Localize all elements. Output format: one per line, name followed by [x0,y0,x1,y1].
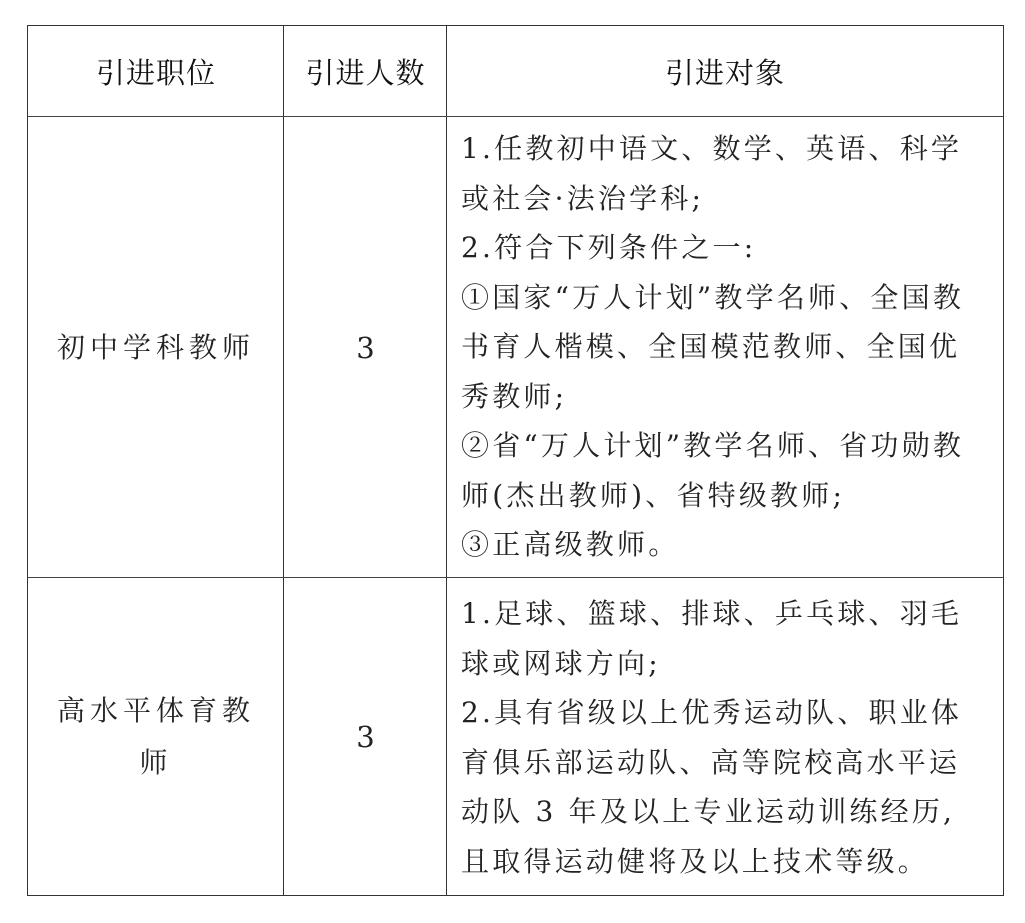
position-text: 高水平体育教师 [52,685,260,789]
requirement-line: 1.任教初中语文、数学、英语、科学 [461,124,995,174]
requirement-line: 2.具有省级以上优秀运动队、职业体 [461,688,995,738]
requirement-line: 动队 3 年及以上专业运动训练经历, [461,787,995,837]
table-row-2-position: 高水平体育教师 [28,578,284,895]
table-row-1-requirements: 1.任教初中语文、数学、英语、科学 或社会·法治学科; 2.符合下列条件之一: … [447,124,1003,574]
requirement-line: ②省“万人计划”教学名师、省功勋教 [461,421,995,471]
table-row-1-count: 3 [284,117,447,578]
header-count: 引进人数 [284,26,447,117]
recruitment-table: 引进职位 引进人数 引进对象 初中学科教师 3 1.任教初中语文、数学、英语、科… [27,25,1004,896]
table-row-2-requirements: 1.足球、篮球、排球、乒乓球、羽毛 球或网球方向; 2.具有省级以上优秀运动队、… [447,589,1003,889]
position-text: 初中学科教师 [57,322,255,374]
requirement-line: 且取得运动健将及以上技术等级。 [461,837,995,887]
requirement-line: ③正高级教师。 [461,520,995,570]
requirement-line: 育俱乐部运动队、高等院校高水平运 [461,738,995,788]
table-row-2-count: 3 [284,578,447,895]
requirement-line: 或社会·法治学科; [461,174,995,224]
table-row-1-position: 初中学科教师 [28,117,284,578]
requirement-line: 师(杰出教师)、省特级教师; [461,471,995,521]
requirement-line: 球或网球方向; [461,639,995,689]
requirement-line: ①国家“万人计划”教学名师、全国教 [461,273,995,323]
header-requirements: 引进对象 [447,26,1003,117]
requirement-line: 秀教师; [461,372,995,422]
requirement-line: 1.足球、篮球、排球、乒乓球、羽毛 [461,589,995,639]
requirement-line: 书育人楷模、全国模范教师、全国优 [461,322,995,372]
requirement-line: 2.符合下列条件之一: [461,223,995,273]
header-position: 引进职位 [28,26,284,117]
